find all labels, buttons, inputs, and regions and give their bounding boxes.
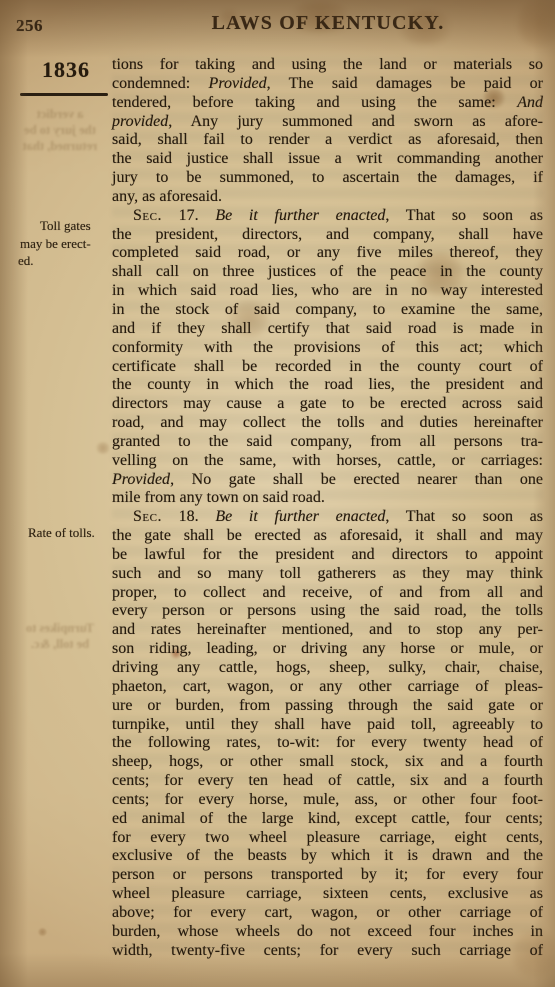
text-run: Sec. — [133, 207, 162, 224]
text-line: the said justice shall issue a writ comm… — [112, 150, 543, 169]
margin-note-line: ed. — [18, 252, 108, 270]
text-run: Provided — [209, 75, 267, 92]
margin-note-line: Rate of tolls. — [28, 524, 118, 542]
bleed-through-text: Turnpikes to be toll, &c. — [8, 620, 112, 652]
text-run: Be it further enacted — [215, 207, 385, 224]
year-label: 1836 — [22, 57, 110, 83]
text-run: certificate shall be recorded in the cou… — [112, 358, 543, 375]
text-line: condemned: Provided, The said damages be… — [112, 75, 543, 94]
text-line: driving any cattle, hogs, sheep, sulky, … — [112, 659, 543, 678]
text-line: Sec. 18. Be it further enacted, That so … — [112, 508, 543, 527]
text-run: above; for every cart, wagon, or other c… — [112, 904, 543, 921]
text-run: the following rates, to-wit: for every t… — [112, 734, 543, 751]
text-line: son riding, leading, or driving any hors… — [112, 640, 543, 659]
text-run: cents; for every ten head of cattle, six… — [112, 772, 543, 789]
bleed-line: the jury to be — [6, 122, 114, 138]
text-run: son riding, leading, or driving any hors… — [112, 640, 543, 657]
text-run: jury to be summoned, to ascertain the da… — [112, 169, 543, 186]
text-run: wheel pleasure carriage, sixteen cents, … — [112, 885, 543, 902]
text-line: cents; for every ten head of cattle, six… — [112, 772, 543, 791]
text-run: , That so soon as — [385, 207, 543, 224]
text-run: tions for taking and using the land or m… — [112, 56, 543, 73]
text-line: and if they shall certify that said road… — [112, 320, 543, 339]
bleed-line: returned, that — [6, 138, 114, 154]
text-run: in which said road lies, who are in no w… — [112, 282, 543, 299]
text-run: completed said road, or any five miles t… — [112, 244, 543, 261]
text-run: phaeton, cart, wagon, or any other carri… — [112, 678, 543, 695]
text-line: ure or burden, from passing through the … — [112, 697, 543, 716]
text-line: be lawful for the president and director… — [112, 546, 543, 565]
text-run: the gate shall be erected as aforesaid, … — [112, 527, 543, 544]
bleed-through-text: a verdict the jury to be returned, that — [6, 106, 114, 154]
text-run: cents; for every horse, mule, ass, or ot… — [112, 791, 543, 808]
text-run: driving any cattle, hogs, sheep, sulky, … — [112, 659, 543, 676]
margin-note-toll-gates: Toll gatesmay be erect-ed. — [18, 217, 108, 270]
text-run: sheep, hogs, or other small stock, six a… — [112, 753, 543, 770]
text-line: Sec. 17. Be it further enacted, That so … — [112, 207, 543, 226]
text-line: phaeton, cart, wagon, or any other carri… — [112, 678, 543, 697]
text-line: the president, directors, and company, s… — [112, 226, 543, 245]
text-run: proper, to collect and receive, of and f… — [112, 584, 543, 601]
text-line: the following rates, to-wit: for every t… — [112, 734, 543, 753]
text-run: , Any jury summoned and sworn as afore- — [168, 113, 543, 130]
bleed-line: a verdict — [6, 106, 114, 122]
text-run: such and so many toll gatherers as they … — [112, 565, 543, 582]
text-line: jury to be summoned, to ascertain the da… — [112, 169, 543, 188]
text-line: turnpike, until they shall have paid tol… — [112, 716, 543, 735]
text-line: ed animal of the large kind, except catt… — [112, 810, 543, 829]
text-run: the county in which the road lies, the p… — [112, 376, 543, 393]
text-line: tions for taking and using the land or m… — [112, 56, 543, 75]
text-line: provided, Any jury summoned and sworn as… — [112, 113, 543, 132]
text-line: such and so many toll gatherers as they … — [112, 565, 543, 584]
text-line: sheep, hogs, or other small stock, six a… — [112, 753, 543, 772]
text-line: proper, to collect and receive, of and f… — [112, 584, 543, 603]
paper-stain — [38, 928, 47, 936]
text-line: directors may cause a gate to be erected… — [112, 395, 543, 414]
text-run: provided — [112, 113, 168, 130]
text-line: above; for every cart, wagon, or other c… — [112, 904, 543, 923]
text-line: cents; for every horse, mule, ass, or ot… — [112, 791, 543, 810]
bleed-line: be toll, &c. — [8, 636, 112, 652]
text-run: for every two wheel pleasure carriage, e… — [112, 829, 543, 846]
paper-stain — [96, 442, 110, 454]
text-run: turnpike, until they shall have paid tol… — [112, 716, 543, 733]
text-run: mile from any town on said road. — [112, 489, 325, 506]
bleed-line: Turnpikes to — [8, 620, 112, 636]
text-run: said, shall fail to render a verdict as … — [112, 131, 543, 148]
text-line: completed said road, or any five miles t… — [112, 244, 543, 263]
text-run: 17. — [162, 207, 215, 224]
text-run: any, as aforesaid. — [112, 188, 222, 205]
text-line: tendered, before taking and using the sa… — [112, 94, 543, 113]
text-line: exclusive of the beasts by which it is d… — [112, 847, 543, 866]
text-run: velling on the same, with horses, cattle… — [112, 452, 543, 469]
text-run: , No gate shall be erected nearer than o… — [170, 471, 543, 488]
text-line: person or persons transported by it; for… — [112, 866, 543, 885]
text-line: in the stock of said company, to examine… — [112, 301, 543, 320]
text-run: in the stock of said company, to examine… — [112, 301, 543, 318]
text-run: and rates hereinafter mentioned, and to … — [112, 621, 543, 638]
text-run: the president, directors, and company, s… — [112, 226, 543, 243]
text-run: shall call on three justices of the peac… — [112, 263, 543, 280]
text-run: , That so soon as — [385, 508, 543, 525]
text-run: Provided — [112, 471, 170, 488]
text-run: ed animal of the large kind, except catt… — [112, 810, 543, 827]
text-run: conformity with the provisions of this a… — [112, 339, 543, 356]
text-line: shall call on three justices of the peac… — [112, 263, 543, 282]
text-line: burden, whose wheels do not exceed four … — [112, 923, 543, 942]
text-line: width, twenty-five cents; for every such… — [112, 942, 543, 961]
text-run: directors may cause a gate to be erected… — [112, 395, 543, 412]
body-text: tions for taking and using the land or m… — [112, 56, 543, 961]
text-run: person or persons transported by it; for… — [112, 866, 543, 883]
text-line: road, and may collect the tolls and duti… — [112, 414, 543, 433]
text-line: in which said road lies, who are in no w… — [112, 282, 543, 301]
margin-note-line: Toll gates — [18, 217, 108, 235]
text-run: tendered, before taking and using the sa… — [112, 94, 517, 111]
text-run: and if they shall certify that said road… — [112, 320, 543, 337]
margin-note-line: may be erect- — [18, 235, 108, 253]
text-line: mile from any town on said road. — [112, 489, 543, 508]
text-line: velling on the same, with horses, cattle… — [112, 452, 543, 471]
year-rule — [20, 93, 108, 96]
text-run: Sec. — [133, 508, 162, 525]
text-line: the county in which the road lies, the p… — [112, 376, 543, 395]
running-title: LAWS OF KENTUCKY. — [112, 12, 544, 35]
text-line: Provided, No gate shall be erected neare… — [112, 471, 543, 490]
text-line: said, shall fail to render a verdict as … — [112, 131, 543, 150]
text-line: granted to the said company, from all pe… — [112, 433, 543, 452]
text-run: exclusive of the beasts by which it is d… — [112, 847, 543, 864]
text-run: Be it further enacted — [215, 508, 385, 525]
text-run: And — [517, 94, 543, 111]
margin-note-rate-of-tolls: Rate of tolls. — [28, 524, 118, 542]
text-run: granted to the said company, from all pe… — [112, 433, 543, 450]
text-line: for every two wheel pleasure carriage, e… — [112, 829, 543, 848]
text-run: 18. — [162, 508, 215, 525]
text-line: any, as aforesaid. — [112, 188, 543, 207]
text-run: , The said damages be paid or — [267, 75, 543, 92]
text-run: width, twenty-five cents; for every such… — [112, 942, 543, 959]
text-run: road, and may collect the tolls and duti… — [112, 414, 543, 431]
text-line: certificate shall be recorded in the cou… — [112, 358, 543, 377]
text-line: wheel pleasure carriage, sixteen cents, … — [112, 885, 543, 904]
text-line: every person or persons using the said r… — [112, 602, 543, 621]
text-run: every person or persons using the said r… — [112, 602, 543, 619]
text-line: the gate shall be erected as aforesaid, … — [112, 527, 543, 546]
text-run: the said justice shall issue a writ comm… — [112, 150, 543, 167]
text-line: and rates hereinafter mentioned, and to … — [112, 621, 543, 640]
page-number: 256 — [16, 16, 43, 36]
text-run: ure or burden, from passing through the … — [112, 697, 543, 714]
text-run: be lawful for the president and director… — [112, 546, 543, 563]
book-page: a verdict the jury to be returned, that … — [0, 0, 555, 987]
text-line: conformity with the provisions of this a… — [112, 339, 543, 358]
text-run: condemned: — [112, 75, 209, 92]
text-run: burden, whose wheels do not exceed four … — [112, 923, 543, 940]
